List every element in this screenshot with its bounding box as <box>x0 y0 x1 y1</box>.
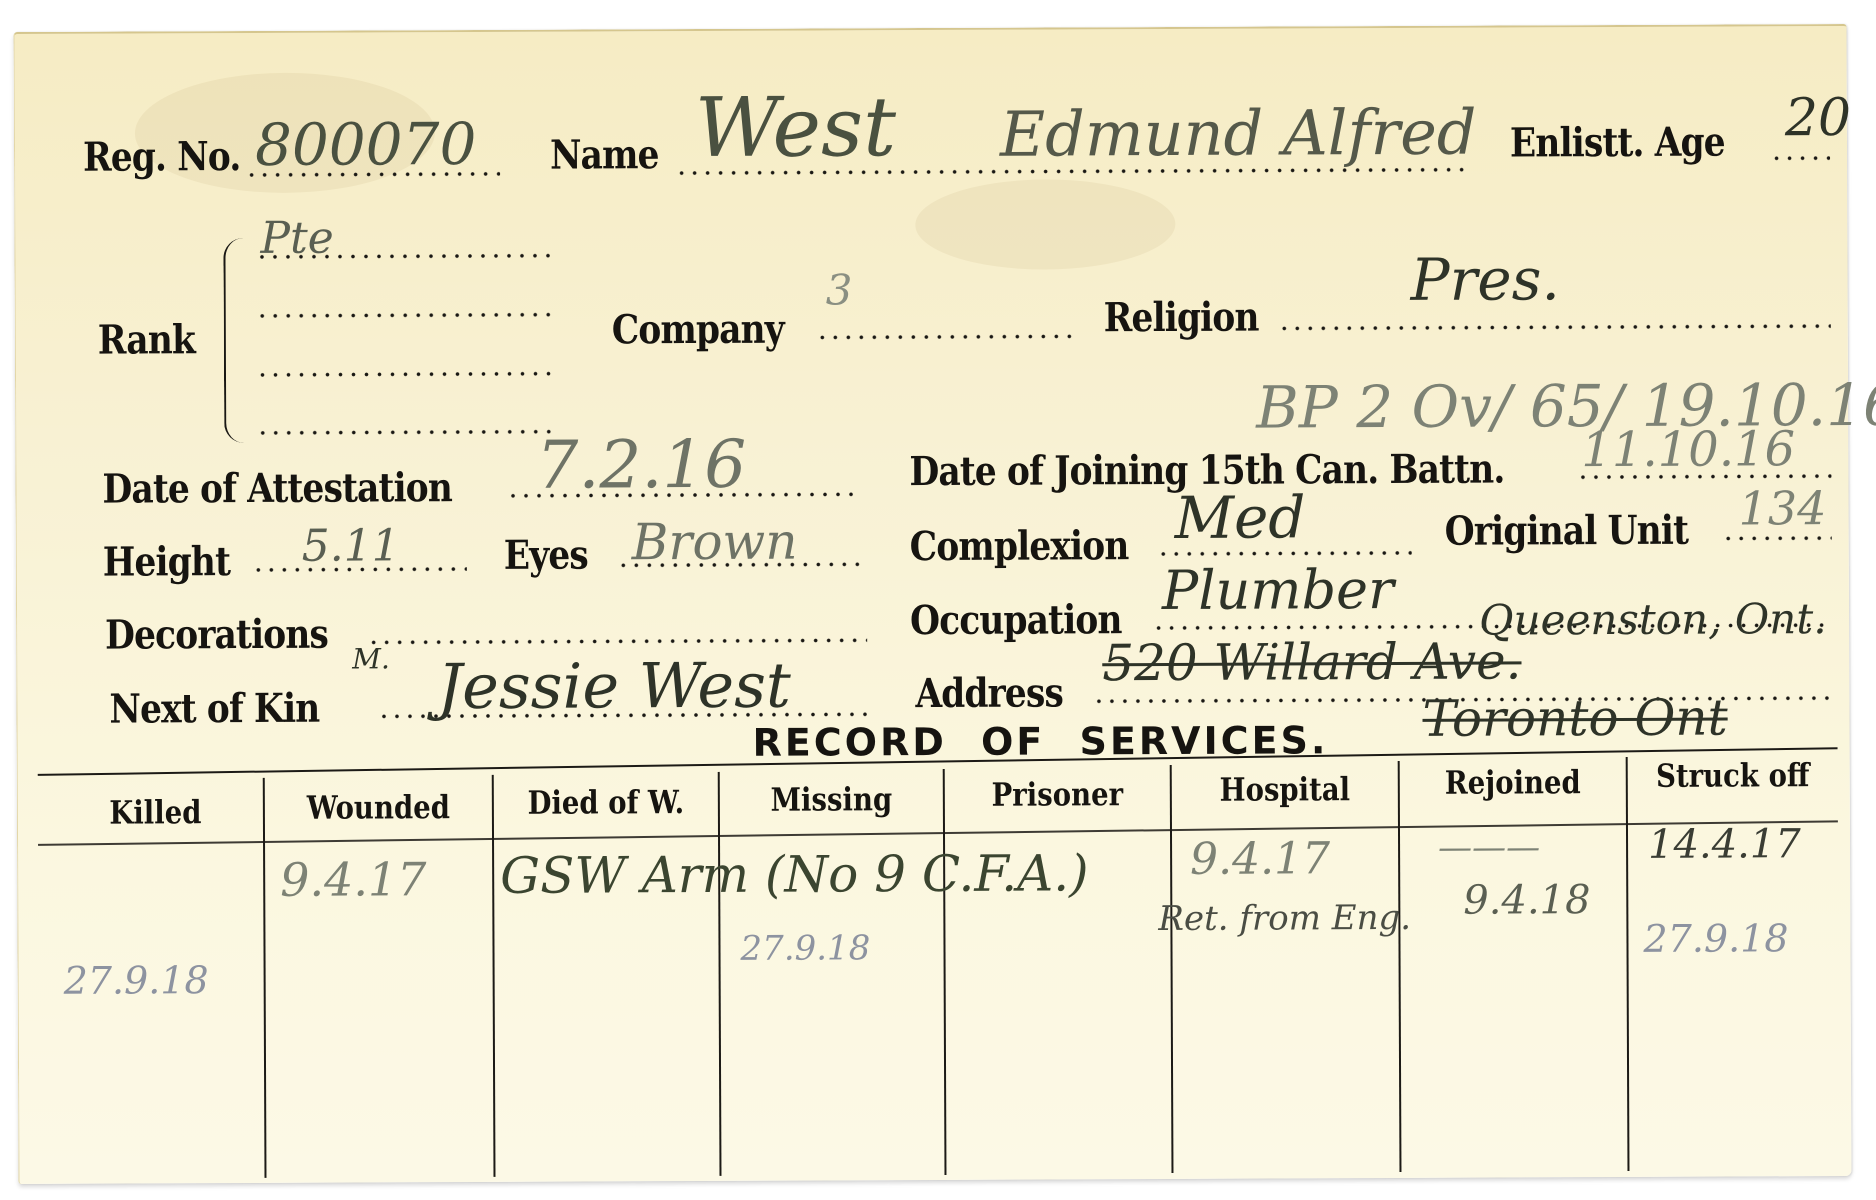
next-of-kin-value: Jessie West <box>437 649 791 724</box>
struck-off-entry-2: 27.9.18 <box>1643 916 1788 961</box>
column-divider <box>943 769 947 1175</box>
height-value: 5.11 <box>302 520 400 571</box>
religion-label: Religion <box>1104 294 1259 342</box>
company-label: Company <box>612 306 784 354</box>
column-header-missing: Missing <box>735 780 927 819</box>
complexion-label: Complexion <box>910 522 1129 570</box>
occupation-value: Plumber <box>1162 558 1394 622</box>
height-label: Height <box>103 538 230 586</box>
company-value: 3 <box>826 265 853 314</box>
next-of-kin-label: Next of Kin <box>109 685 319 733</box>
enlist-age-value: 20 <box>1785 88 1851 148</box>
column-divider <box>1626 757 1630 1171</box>
original-unit-label: Original Unit <box>1445 507 1689 555</box>
occupation-label: Occupation <box>910 596 1122 644</box>
company-dotted-line <box>816 334 1076 339</box>
address-struck-line2: Toronto Ont <box>1422 689 1727 748</box>
religion-value: Pres. <box>1410 245 1560 314</box>
wounded-entry: 9.4.17 <box>280 852 427 907</box>
rejoined-entry-date: 9.4.18 <box>1463 877 1590 924</box>
column-header-struck-off: Struck off <box>1642 756 1823 795</box>
enlist-age-label: Enlistt. Age <box>1510 119 1725 167</box>
rank-dotted-line-4 <box>256 430 556 435</box>
date-attestation-value: 7.2.16 <box>536 426 746 504</box>
reg-no-value: 800070 <box>255 110 477 179</box>
next-of-kin-relation: M. <box>352 642 390 675</box>
rejoined-entry-dash: ——— <box>1438 827 1540 867</box>
rank-dotted-line-3 <box>256 372 556 377</box>
missing-entry: 27.9.18 <box>740 928 870 969</box>
column-header-rejoined: Rejoined <box>1416 763 1611 802</box>
column-divider <box>718 772 722 1176</box>
column-header-wounded: Wounded <box>281 788 476 827</box>
rank-label: Rank <box>98 316 195 363</box>
decorations-label: Decorations <box>105 611 328 659</box>
religion-dotted-line <box>1278 324 1831 330</box>
complexion-value: Med <box>1174 483 1305 552</box>
column-header-hospital: Hospital <box>1188 770 1383 809</box>
address-label: Address <box>915 669 1063 717</box>
decorations-dotted-line <box>367 638 867 644</box>
name-surname-value: West <box>695 80 897 176</box>
struck-off-entry-1: 14.4.17 <box>1648 821 1801 868</box>
reg-no-label: Reg. No. <box>83 133 241 181</box>
column-divider <box>492 775 496 1177</box>
died-of-wounds-entry: GSW Arm (No 9 C.F.A.) <box>500 844 1089 905</box>
original-unit-value: 134 <box>1738 481 1826 535</box>
paper-stain <box>915 179 1175 270</box>
eyes-value: Brown <box>632 513 798 572</box>
killed-entry: 27.9.18 <box>64 958 209 1003</box>
hospital-entry-date: 9.4.17 <box>1190 833 1330 885</box>
hospital-entry-note: Ret. from Eng. <box>1158 898 1411 939</box>
original-unit-dotted-line <box>1722 536 1832 540</box>
column-divider <box>263 778 267 1178</box>
column-header-died-of-wounds: Died of W. <box>509 783 702 822</box>
column-header-killed: Killed <box>63 793 248 832</box>
column-divider <box>1170 765 1174 1173</box>
service-record-card: Reg. No. 800070 Name West Edmund Alfred … <box>13 24 1851 1184</box>
name-given-value: Edmund Alfred <box>1000 96 1477 171</box>
name-label: Name <box>550 131 659 178</box>
date-attestation-label: Date of Attestation <box>102 464 452 513</box>
date-joining-value: 11.10.16 <box>1581 421 1795 478</box>
rank-dotted-line-2 <box>256 313 556 318</box>
rank-brace <box>223 238 248 443</box>
address-current: Queenston, Ont. <box>1479 594 1827 645</box>
rank-dotted-line-1 <box>255 254 555 259</box>
column-header-prisoner: Prisoner <box>961 775 1155 814</box>
column-divider <box>1398 761 1402 1172</box>
eyes-label: Eyes <box>504 532 588 579</box>
enlist-age-dotted-line <box>1770 156 1830 160</box>
address-struck-line1: 520 Willard Ave. <box>1102 632 1521 692</box>
